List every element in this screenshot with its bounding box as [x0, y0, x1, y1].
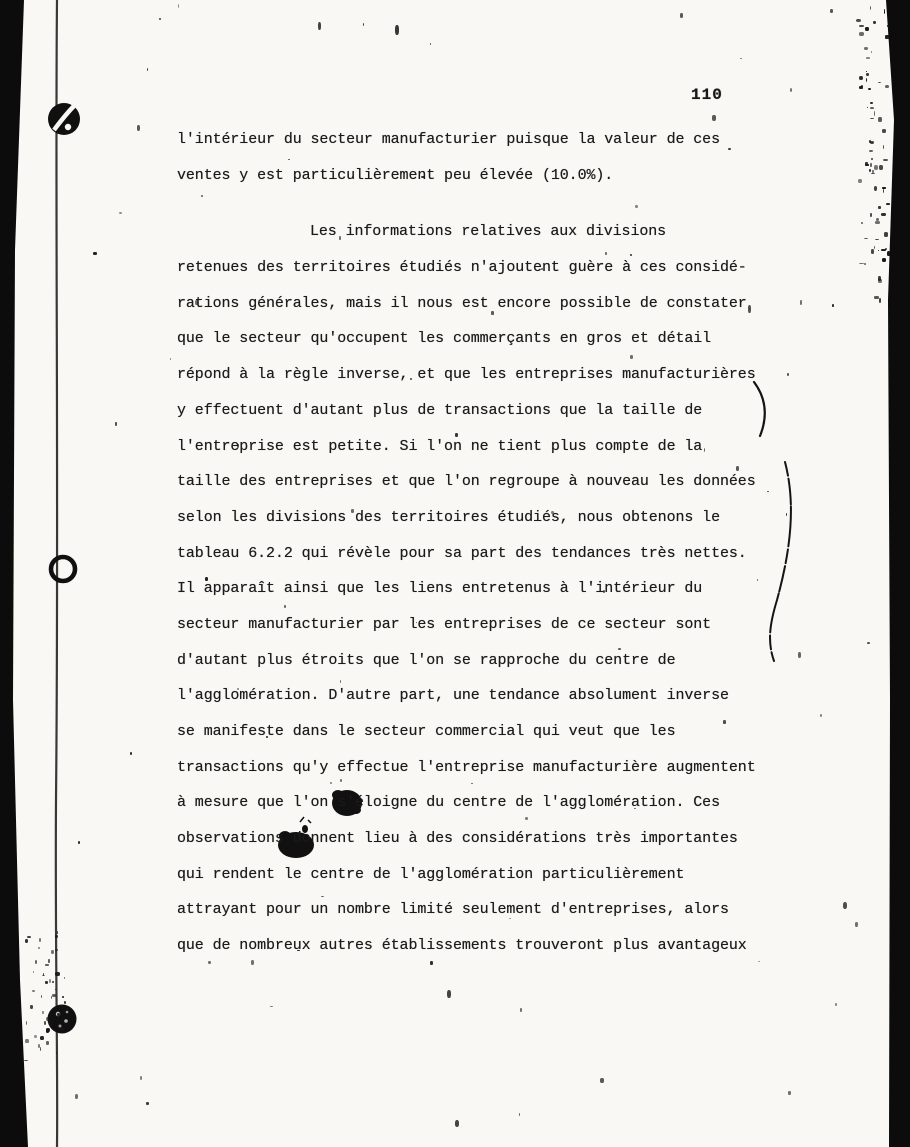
speckle	[603, 590, 605, 592]
speckle	[630, 355, 633, 359]
speckle	[874, 111, 875, 116]
speckle	[455, 433, 458, 437]
text-line: y effectuent d'autant plus de transactio…	[177, 393, 777, 429]
speckle	[57, 1013, 60, 1016]
speckle	[830, 9, 833, 13]
speckle	[635, 205, 637, 208]
speckle	[395, 25, 399, 35]
speckle	[866, 57, 870, 59]
speckle	[48, 1021, 52, 1023]
speckle	[856, 19, 861, 23]
speckle	[788, 1091, 791, 1095]
speckle	[800, 300, 802, 305]
speckle	[491, 311, 494, 315]
speckle	[34, 1035, 37, 1038]
text-line: selon les divisions des territoires étud…	[177, 500, 777, 536]
speckle	[266, 736, 268, 738]
speckle	[605, 252, 606, 255]
speckle	[884, 9, 885, 14]
speckle	[864, 47, 868, 50]
speckle	[525, 817, 528, 820]
speckle	[882, 129, 886, 133]
speckle	[859, 32, 864, 36]
speckle	[38, 947, 40, 949]
speckle	[42, 1011, 43, 1014]
speckle	[519, 1113, 520, 1115]
speckle	[878, 82, 881, 83]
speckle	[62, 996, 64, 998]
speckle	[883, 189, 884, 192]
speckle	[56, 1052, 57, 1053]
speckle	[119, 212, 122, 215]
text-line: secteur manufacturier par les entreprise…	[177, 607, 777, 643]
speckle	[447, 990, 451, 998]
speckle	[32, 990, 36, 993]
speckle	[50, 1024, 53, 1026]
speckle	[430, 961, 433, 965]
speckle	[870, 141, 875, 145]
speckle	[52, 981, 54, 983]
speckle	[878, 206, 880, 209]
speckle	[78, 841, 81, 845]
speckle	[93, 252, 96, 255]
speckle	[859, 25, 864, 27]
speckle	[855, 922, 858, 927]
text-line: ventes y est particulièrement peu élevée…	[177, 158, 777, 194]
speckle	[600, 1078, 604, 1083]
speckle	[55, 949, 59, 950]
speckle	[874, 186, 878, 191]
speckle	[24, 1060, 28, 1062]
speckle	[865, 162, 868, 166]
speckle	[873, 21, 876, 24]
speckle	[887, 25, 888, 28]
speckle	[455, 1120, 459, 1127]
text-line: rations générales, mais il nous est enco…	[177, 286, 777, 322]
text-line: Les informations relatives aux divisions	[177, 214, 777, 250]
speckle	[57, 931, 58, 933]
speckle	[46, 1017, 50, 1020]
speckle	[159, 18, 161, 20]
speckle	[871, 51, 872, 53]
text-line: que le secteur qu'occupent les commerçan…	[177, 321, 777, 357]
scan-edge-right-band	[886, 0, 910, 1147]
speckle	[878, 279, 881, 283]
speckle	[868, 88, 871, 90]
hole-punch-mark-top	[48, 103, 80, 135]
speckle	[874, 246, 875, 249]
speckle	[859, 76, 863, 80]
speckle	[430, 43, 431, 46]
speckle	[416, 622, 418, 623]
speckle	[875, 221, 880, 224]
speckle	[33, 971, 34, 972]
speckle	[883, 159, 888, 161]
speckle	[874, 165, 879, 170]
text-line: observations donnent lieu à des considér…	[177, 821, 777, 857]
speckle	[340, 779, 342, 782]
page-number: 110	[691, 86, 723, 104]
speckle	[44, 1021, 46, 1025]
speckle	[866, 73, 869, 76]
speckle	[147, 68, 149, 71]
speckle	[146, 1102, 149, 1105]
speckle	[878, 250, 879, 252]
speckle	[51, 950, 54, 954]
text-line: attrayant pour un nombre limité seulemen…	[177, 892, 777, 928]
speckle	[40, 1047, 42, 1051]
speckle	[740, 58, 742, 59]
speckle	[870, 6, 871, 10]
speckle	[871, 158, 873, 160]
speckle	[871, 173, 875, 175]
speckle	[879, 298, 881, 303]
speckle	[885, 35, 888, 39]
speckle	[42, 975, 45, 976]
paragraph: l'intérieur du secteur manufacturier pui…	[177, 122, 777, 193]
scan-edge-left-band	[0, 0, 28, 1147]
speckle	[869, 150, 873, 152]
text-line: répond à la règle inverse, et que les en…	[177, 357, 777, 393]
hole-punch-mark-middle	[51, 557, 75, 581]
speckle	[843, 902, 847, 909]
speckle	[339, 236, 342, 240]
speckle	[867, 107, 869, 109]
speckle	[875, 239, 879, 241]
speckle	[318, 22, 321, 30]
speckle	[786, 513, 787, 516]
speckle	[870, 102, 873, 104]
speckle	[874, 296, 878, 299]
text-line: à mesure que l'on s'éloigne du centre de…	[177, 785, 777, 821]
speckle	[867, 642, 870, 644]
speckle	[712, 115, 716, 121]
speckle	[55, 972, 59, 976]
speckle	[195, 300, 198, 305]
speckle	[351, 509, 354, 512]
speckle	[140, 1076, 142, 1080]
speckle	[551, 511, 554, 514]
speckle	[864, 238, 868, 239]
speckle	[471, 783, 474, 784]
speckle	[25, 1039, 28, 1043]
speckle	[170, 358, 171, 361]
speckle	[55, 935, 58, 938]
text-line: retenues des territoires étudiés n'ajout…	[177, 250, 777, 286]
speckle	[680, 13, 683, 18]
speckle	[861, 85, 863, 89]
speckle	[798, 652, 801, 658]
text-line: Il apparaît ainsi que les liens entreten…	[177, 571, 777, 607]
speckle	[864, 263, 866, 265]
speckle	[39, 938, 41, 942]
speckle	[871, 249, 874, 254]
speckle	[820, 714, 822, 718]
speckle	[27, 936, 31, 938]
speckle	[208, 961, 210, 964]
speckle	[45, 981, 49, 984]
speckle	[728, 148, 731, 150]
speckle	[251, 960, 254, 965]
speckle	[858, 179, 862, 183]
speckle	[410, 378, 412, 379]
speckle	[748, 305, 751, 313]
speckle	[736, 466, 739, 471]
speckle	[270, 1006, 273, 1008]
speckle	[767, 491, 769, 492]
speckle	[835, 1003, 837, 1006]
speckle	[137, 125, 140, 131]
speckle	[886, 203, 890, 205]
speckle	[75, 1094, 78, 1099]
speckle	[885, 85, 889, 89]
text-line: l'entreprise est petite. Si l'on ne tien…	[177, 429, 777, 465]
speckle	[48, 959, 49, 963]
speckle	[882, 187, 886, 189]
speckle	[205, 577, 208, 580]
speckle	[865, 27, 869, 31]
text-line: que de nombreux autres établissements tr…	[177, 928, 777, 964]
text-line: l'agglomération. D'autre part, une tenda…	[177, 678, 777, 714]
speckle	[41, 995, 42, 999]
speckle	[878, 117, 881, 121]
speckle	[64, 1001, 66, 1005]
speckle	[881, 213, 885, 216]
speckle	[40, 1036, 44, 1040]
speckle	[25, 939, 28, 943]
speckle	[870, 107, 875, 109]
speckle	[618, 648, 621, 650]
speckle	[870, 163, 872, 167]
speckle	[832, 304, 834, 308]
speckle	[46, 1028, 50, 1032]
speckle	[723, 720, 726, 724]
speckle	[64, 977, 65, 980]
speckle	[363, 23, 364, 26]
speckle	[866, 71, 867, 72]
speckle	[178, 4, 179, 8]
speckle	[520, 1008, 522, 1012]
speckle	[869, 169, 871, 172]
paragraph: Les informations relatives aux divisions…	[177, 214, 777, 963]
text-line: transactions qu'y effectue l'entreprise …	[177, 750, 777, 786]
speckle	[870, 118, 874, 119]
speckle	[790, 88, 793, 92]
text-line: d'autant plus étroits que l'on se rappro…	[177, 643, 777, 679]
speckle	[55, 989, 57, 990]
speckle	[882, 258, 886, 262]
speckle	[30, 1005, 33, 1009]
speckle	[330, 782, 332, 784]
speckle	[879, 165, 883, 170]
speckle	[866, 78, 867, 82]
text-line: se manifeste dans le secteur commercial …	[177, 714, 777, 750]
speckle	[46, 1041, 49, 1045]
speckle	[26, 1021, 27, 1025]
text-line: tableau 6.2.2 qui révèle pour sa part de…	[177, 536, 777, 572]
speckle	[861, 222, 863, 224]
speckle	[52, 994, 56, 996]
scanned-page: l'intérieur du secteur manufacturier pui…	[0, 0, 910, 1147]
speckle	[45, 964, 49, 966]
speckle	[870, 213, 872, 217]
speckle	[884, 232, 888, 236]
speckle	[630, 254, 632, 255]
text-line: taille des entreprises et que l'on regro…	[177, 464, 777, 500]
speckle	[883, 145, 885, 149]
speckle	[61, 1027, 65, 1031]
text-line: qui rendent le centre de l'agglomération…	[177, 857, 777, 893]
speckle	[881, 249, 886, 251]
speckle	[421, 176, 424, 179]
speckle	[130, 752, 133, 755]
speckle	[35, 960, 37, 964]
speckle	[787, 373, 789, 376]
typewritten-text-block: l'intérieur du secteur manufacturier pui…	[177, 122, 777, 964]
speckle	[284, 605, 286, 608]
text-line: l'intérieur du secteur manufacturier pui…	[177, 122, 777, 158]
speckle	[115, 422, 117, 425]
